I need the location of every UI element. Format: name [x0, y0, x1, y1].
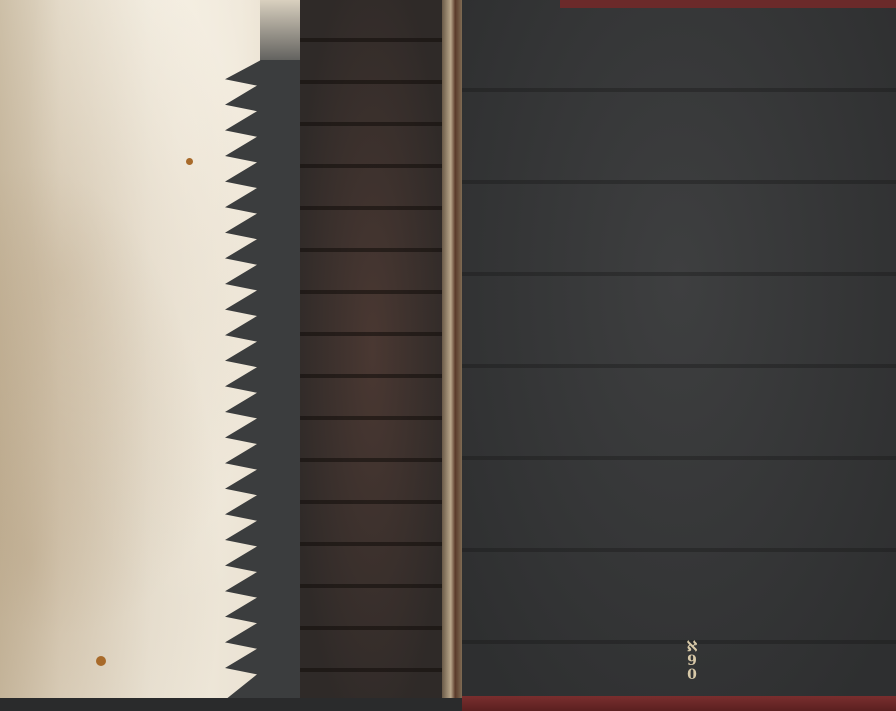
- foxing-spot: [96, 656, 106, 666]
- bottom-strip: [0, 698, 462, 711]
- tooled-leather-cover: [462, 0, 896, 700]
- foxing-spot: [186, 158, 193, 165]
- shelfmark-label: ℵ 9 0: [680, 640, 704, 698]
- cover-bottom-edge: [462, 696, 896, 711]
- tooled-spine-strip: [300, 0, 445, 700]
- book-binding-photo: ℵ 9 0: [0, 0, 896, 711]
- binding-gutter: [442, 0, 464, 700]
- cover-top-edge: [560, 0, 896, 8]
